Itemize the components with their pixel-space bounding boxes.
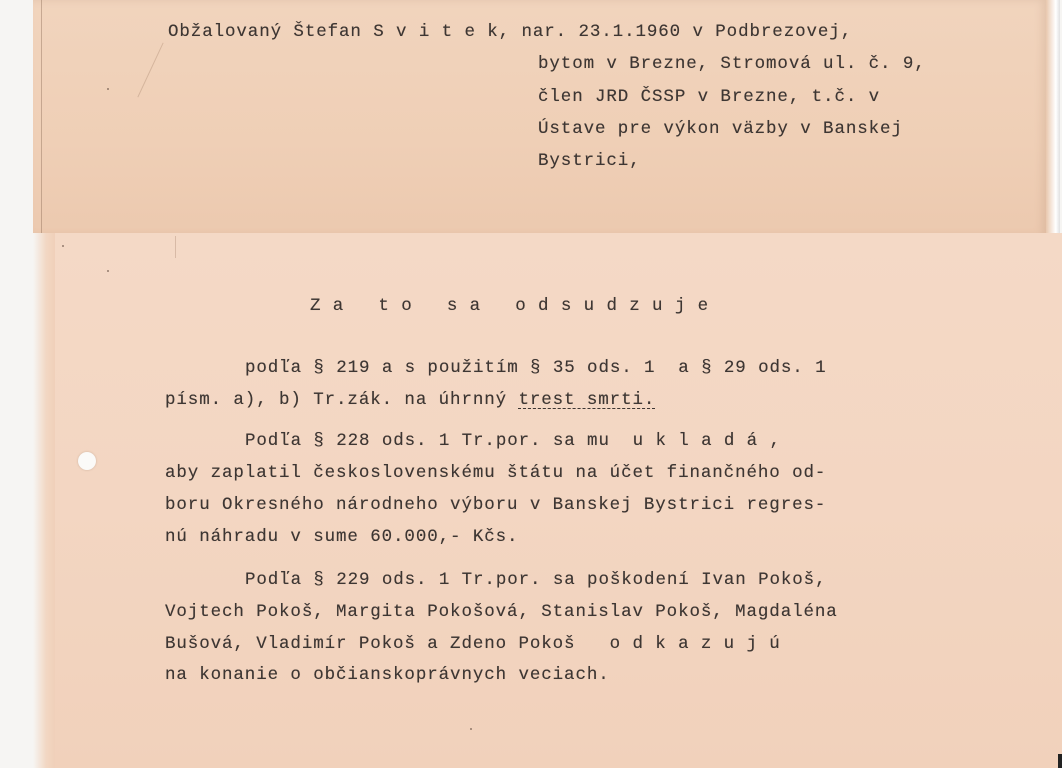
compensation-line-3: boru Okresného národneho výboru v Banske…	[165, 497, 826, 515]
compensation-line-2: aby zaplatil československému štátu na ú…	[165, 465, 826, 483]
civil-claims-line-4: na konanie o občianskoprávnych veciach.	[165, 667, 610, 685]
civil-claims-line-1: Podľa § 229 ods. 1 Tr.por. sa poškodení …	[245, 572, 827, 590]
death-sentence-emphasis: trest smrti.	[518, 390, 655, 410]
compensation-line-4: nú náhradu v sume 60.000,- Kčs.	[165, 529, 518, 547]
defendant-line-4: Ústave pre výkon väzby v Banskej	[538, 121, 903, 139]
sentence-line-1: podľa § 219 a s použitím § 35 ods. 1 a §…	[245, 360, 827, 378]
scanned-document: Obžalovaný Štefan S v i t e k, nar. 23.1…	[0, 0, 1062, 768]
defendant-line-3: člen JRD ČSSP v Brezne, t.č. v	[538, 89, 880, 107]
civil-claims-line-2: Vojtech Pokoš, Margita Pokošová, Stanisl…	[165, 604, 838, 622]
scan-edge-mark	[1058, 754, 1062, 768]
defendant-line-5: Bystrici,	[538, 153, 641, 171]
sentence-line-2: písm. a), b) Tr.zák. na úhrnný trest smr…	[165, 392, 655, 410]
paper-speck	[470, 728, 472, 730]
paper-speck	[107, 88, 109, 90]
verdict-heading: Z a t o s a o d s u d z u j e	[310, 298, 709, 316]
defendant-line-1: Obžalovaný Štefan S v i t e k, nar. 23.1…	[168, 24, 852, 42]
punch-hole	[78, 452, 96, 470]
defendant-line-2: bytom v Brezne, Stromová ul. č. 9,	[538, 56, 926, 74]
paper-speck	[107, 270, 109, 272]
paper-crease	[175, 236, 176, 258]
paper-speck	[62, 245, 64, 247]
compensation-line-1: Podľa § 228 ods. 1 Tr.por. sa mu u k l a…	[245, 433, 781, 451]
sentence-text: písm. a), b) Tr.zák. na úhrnný	[165, 390, 518, 410]
civil-claims-line-3: Bušová, Vladimír Pokoš a Zdeno Pokoš o d…	[165, 636, 781, 654]
